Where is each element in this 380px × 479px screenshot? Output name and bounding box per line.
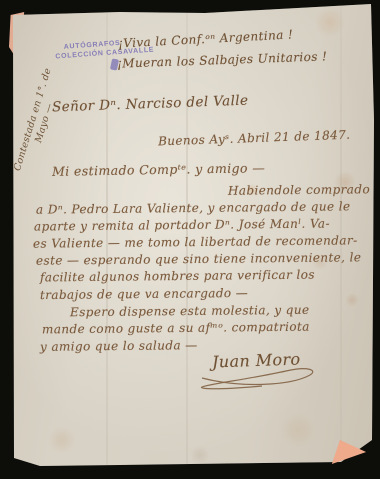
body-line: a Dⁿ. Pedro Lara Valiente, y encargado d… <box>36 199 351 216</box>
closing-line: y amigo que lo saluda — <box>40 338 198 354</box>
body-line: facilite algunos hombres para verificar … <box>40 268 315 285</box>
salutation-line: Mi estimado Compᵗᵉ. y amigo — <box>52 160 265 179</box>
body-line: trabajos de que va encargado — <box>40 286 248 302</box>
body-line: Habiendole comprado <box>228 182 370 197</box>
letter-paper: AUTÓGRAFOS COLECCIÓN CASAVALLE Contestad… <box>0 0 380 479</box>
body-line: es Valiente — me tomo la libertad de rec… <box>33 233 358 250</box>
slogan-line-1: ¡Viva la Conf.ᵒⁿ Argentina ! <box>118 27 294 50</box>
body-line: este — esperando que sino tiene inconven… <box>36 250 361 267</box>
closing-line: Espero dispense esta molestia, y que <box>70 303 310 320</box>
body-line: aparte y remita al portador Dⁿ. José Man… <box>34 216 330 233</box>
signature-flourish <box>190 362 340 396</box>
letter-photo: AUTÓGRAFOS COLECCIÓN CASAVALLE Contestad… <box>0 0 380 479</box>
addressee-line: Señor Dⁿ. Narciso del Valle <box>52 93 249 116</box>
closing-line: mande como guste a su afᵐᵒ. compatriota <box>42 320 310 337</box>
